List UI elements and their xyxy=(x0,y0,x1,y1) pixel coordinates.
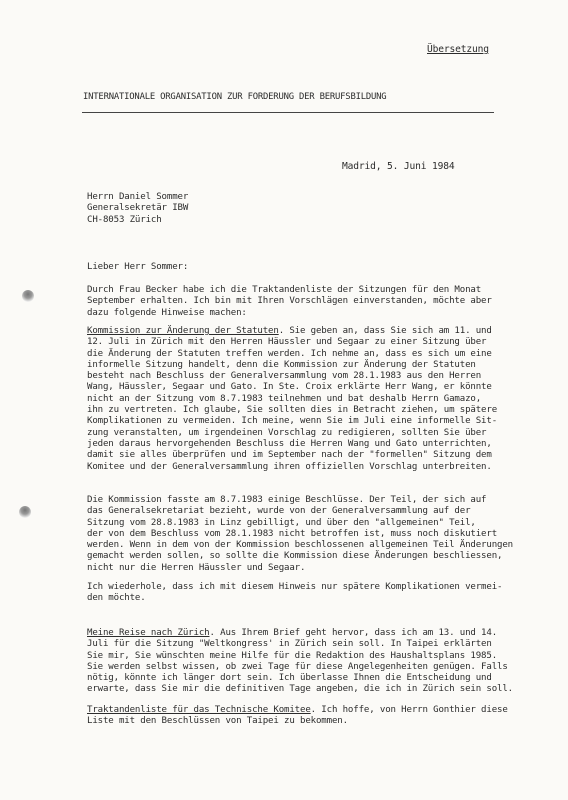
recipient-address: Herrn Daniel Sommer Generalsekretär IBW … xyxy=(87,192,188,226)
punch-hole-icon xyxy=(22,290,34,302)
heading-trip: Meine Reise nach Zürich xyxy=(87,628,209,638)
paragraph-statutes: Kommission zur Änderung der Statuten. Si… xyxy=(87,326,497,473)
recipient-title: Generalsekretär IBW xyxy=(87,203,188,213)
letter-page: Übersetzung INTERNATIONALE ORGANISATION … xyxy=(0,0,568,800)
heading-statutes: Kommission zur Änderung der Statuten xyxy=(87,326,279,336)
salutation: Lieber Herr Sommer: xyxy=(87,262,188,273)
letterhead-rule xyxy=(82,112,494,113)
recipient-name: Herrn Daniel Sommer xyxy=(87,192,188,202)
paragraph-repeat: Ich wiederhole, dass ich mit diesem Hinw… xyxy=(87,582,502,605)
paragraph-intro: Durch Frau Becker habe ich die Traktande… xyxy=(87,285,492,319)
recipient-city: CH-8053 Zürich xyxy=(87,215,162,225)
translation-label: Übersetzung xyxy=(427,44,489,55)
heading-agenda: Traktandenliste für das Technische Komit… xyxy=(87,705,311,715)
punch-hole-icon xyxy=(19,506,31,518)
organization-letterhead: INTERNATIONALE ORGANISATION ZUR FORDERUN… xyxy=(83,92,386,103)
paragraph-agenda: Traktandenliste für das Technische Komit… xyxy=(87,705,508,728)
date-line: Madrid, 5. Juni 1984 xyxy=(342,161,455,172)
paragraph-statutes-body: . Sie geben an, dass Sie sich am 11. und… xyxy=(87,326,497,472)
paragraph-trip: Meine Reise nach Zürich. Aus Ihrem Brief… xyxy=(87,628,513,696)
paragraph-decisions: Die Kommission fasste am 8.7.1983 einige… xyxy=(87,495,513,574)
